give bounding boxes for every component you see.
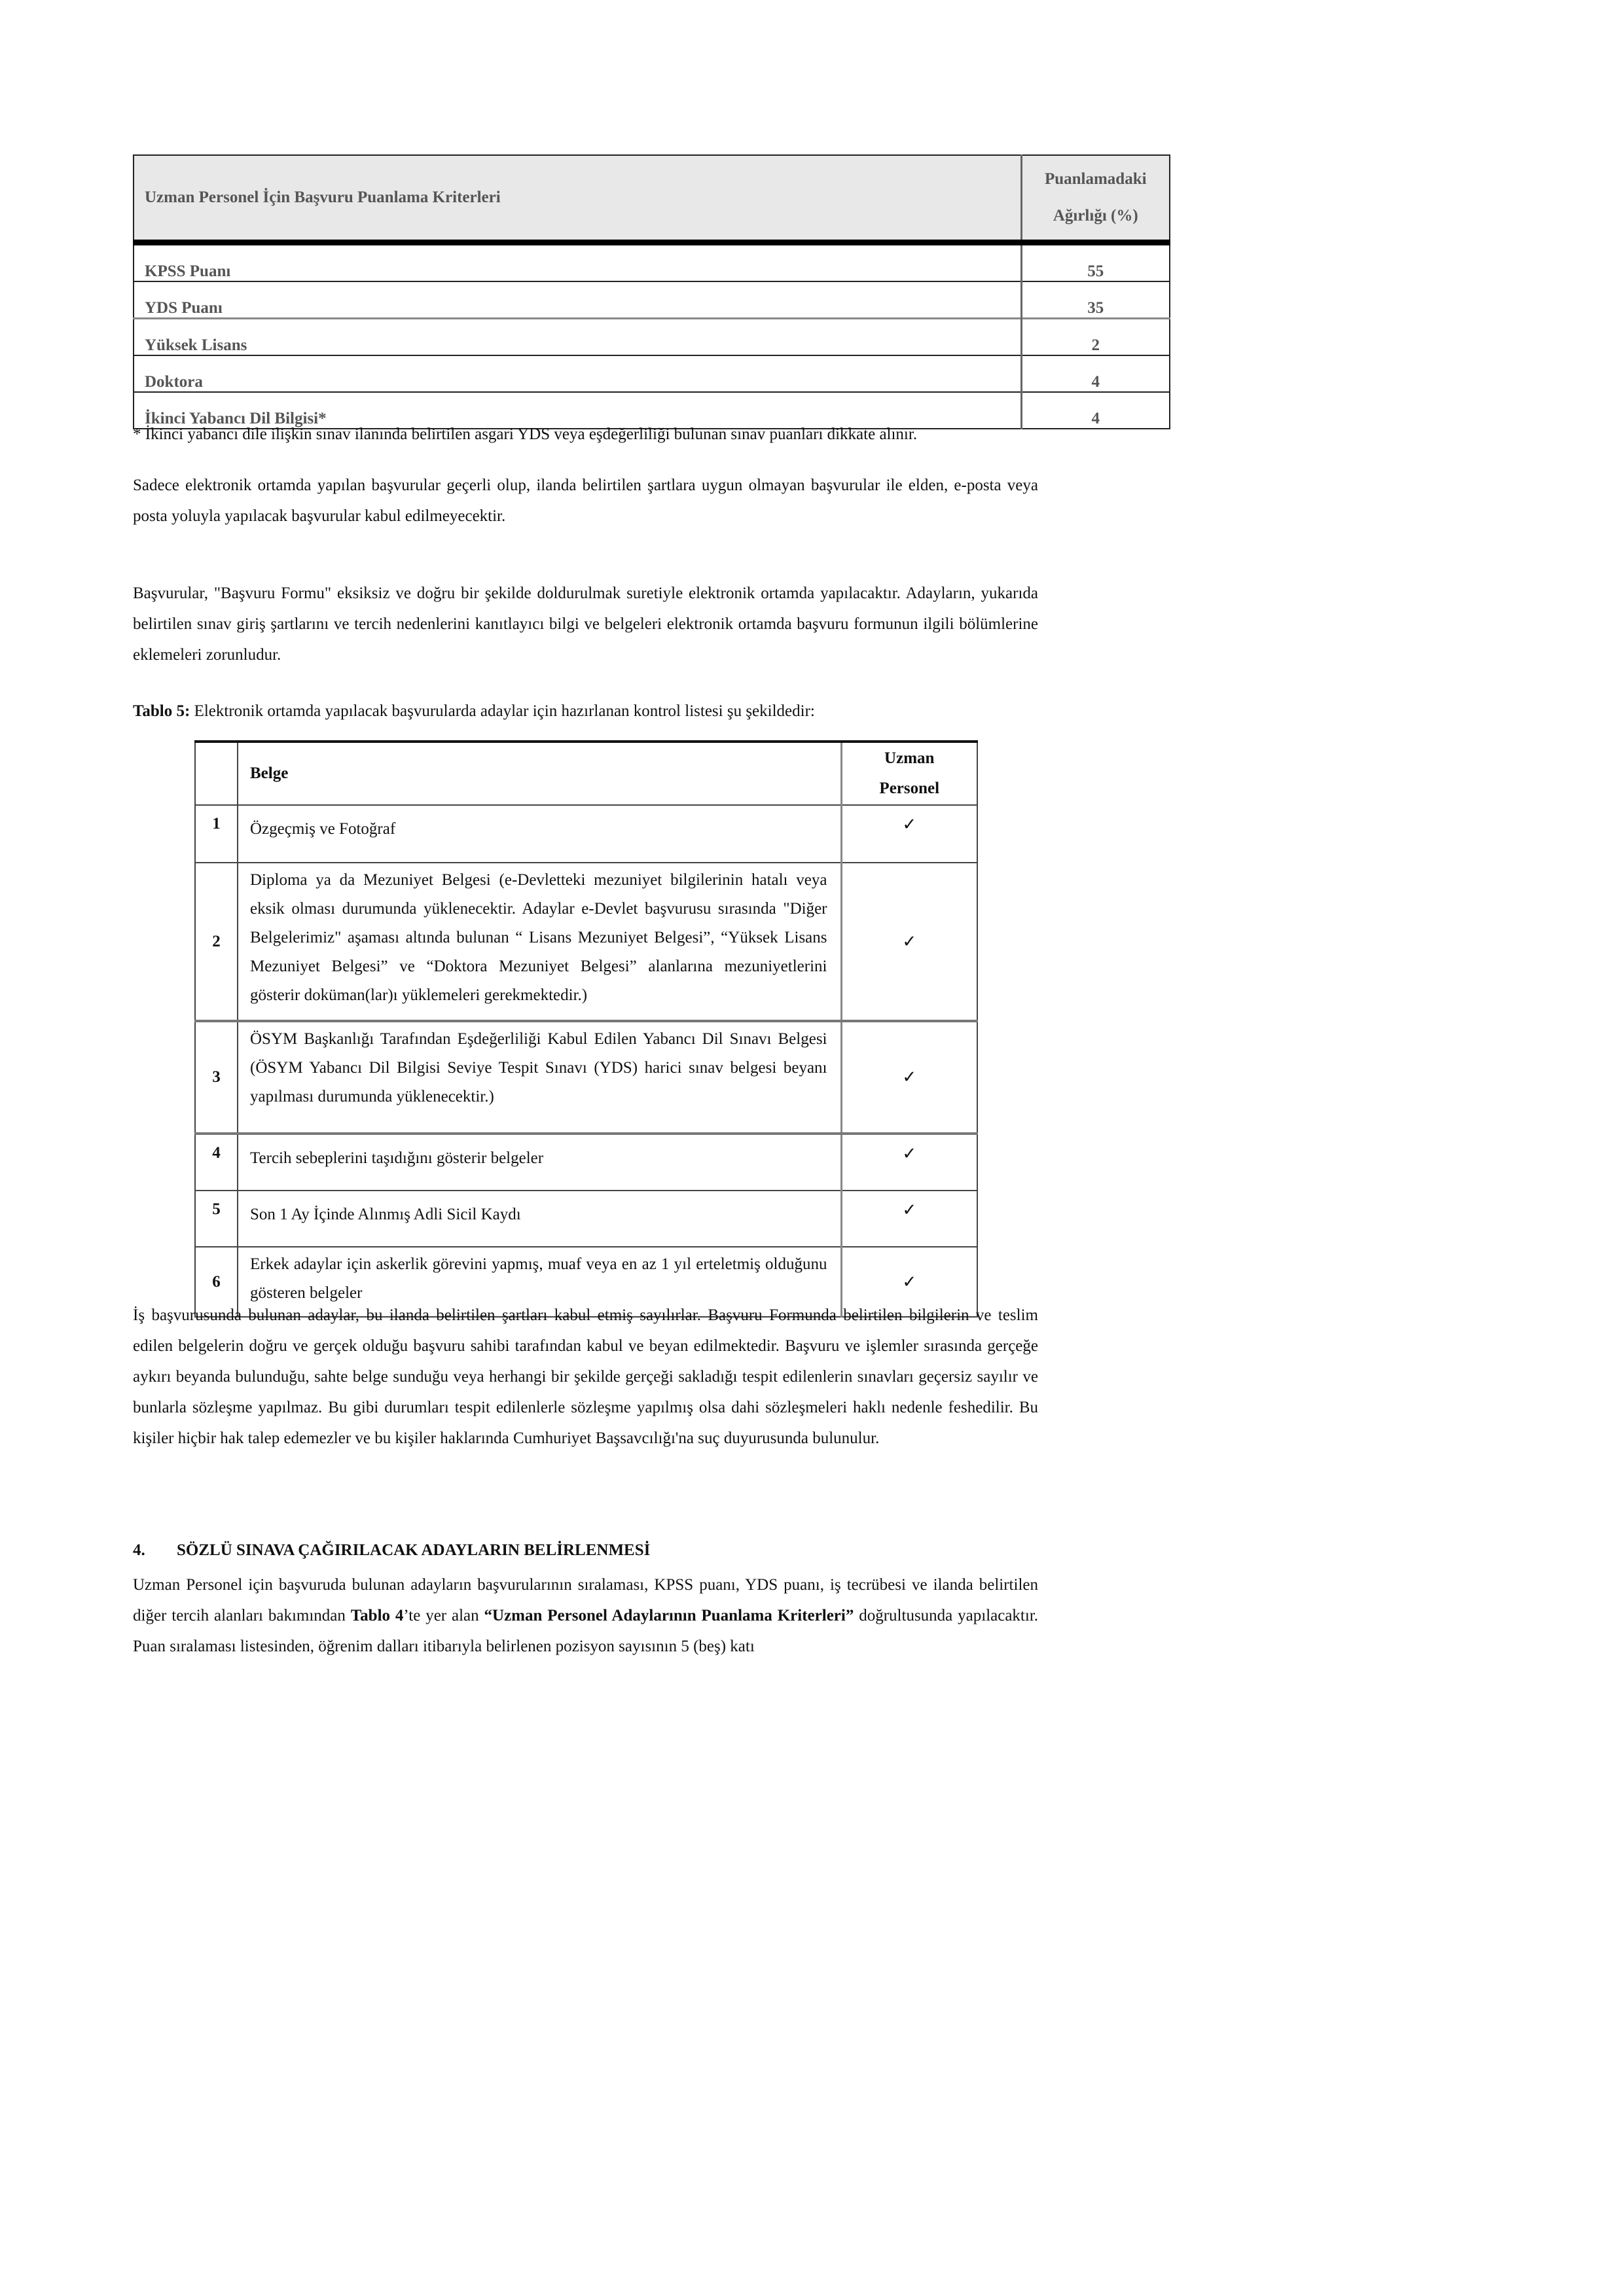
- paragraph-application-form: Başvurular, "Başvuru Formu" eksiksiz ve …: [133, 578, 1038, 670]
- checklist-row: 2Diploma ya da Mezuniyet Belgesi (e-Devl…: [195, 863, 977, 1021]
- scoring-criteria-header-row: Uzman Personel İçin Başvuru Puanlama Kri…: [134, 155, 1170, 243]
- checklist-header-row: Belge Uzman Personel: [195, 742, 977, 805]
- criteria-row: YDS Puanı35: [134, 281, 1170, 319]
- section-body-text: ’te yer alan: [403, 1607, 484, 1624]
- row-number: 1: [195, 805, 238, 863]
- criteria-row: İkinci Yabancı Dil Bilgisi*4: [134, 392, 1170, 429]
- checklist-row: 3ÖSYM Başkanlığı Tarafından Eşdeğerliliğ…: [195, 1021, 977, 1134]
- document-cell: Diploma ya da Mezuniyet Belgesi (e-Devle…: [238, 863, 841, 1021]
- checkmark-icon: ✓: [841, 1191, 977, 1247]
- section-heading: 4.SÖZLÜ SINAVA ÇAĞIRILACAK ADAYLARIN BEL…: [133, 1541, 650, 1560]
- checkmark-icon: ✓: [841, 863, 977, 1021]
- criteria-row: Doktora4: [134, 355, 1170, 392]
- paragraph-applicant-declaration: İş başvurusunda bulunan adaylar, bu ilan…: [133, 1300, 1038, 1454]
- checkmark-icon: ✓: [841, 1021, 977, 1134]
- table4-reference: Tablo 4: [351, 1607, 404, 1624]
- weight-cell: 2: [1021, 319, 1170, 356]
- criterion-cell: YDS Puanı: [134, 281, 1021, 319]
- criterion-cell: KPSS Puanı: [134, 243, 1021, 282]
- paragraph-oral-exam-selection: Uzman Personel için başvuruda bulunan ad…: [133, 1570, 1038, 1662]
- document-cell: Son 1 Ay İçinde Alınmış Adli Sicil Kaydı: [238, 1191, 841, 1247]
- row-number: 5: [195, 1191, 238, 1247]
- checklist-row: 5Son 1 Ay İçinde Alınmış Adli Sicil Kayd…: [195, 1191, 977, 1247]
- table5-caption: Tablo 5: Elektronik ortamda yapılacak ba…: [133, 702, 815, 721]
- row-number: 2: [195, 863, 238, 1021]
- row-number: 4: [195, 1134, 238, 1191]
- row-number: 3: [195, 1021, 238, 1134]
- checklist-row: 4Tercih sebeplerini taşıdığını gösterir …: [195, 1134, 977, 1191]
- weight-column-header: Puanlamadaki Ağırlığı (%): [1021, 155, 1170, 243]
- criterion-cell: İkinci Yabancı Dil Bilgisi*: [134, 392, 1021, 429]
- document-column-header: Belge: [238, 742, 841, 805]
- uzman-personel-column-header: Uzman Personel: [841, 742, 977, 805]
- criterion-cell: Doktora: [134, 355, 1021, 392]
- number-column-header: [195, 742, 238, 805]
- weight-cell: 55: [1021, 243, 1170, 282]
- section-number: 4.: [133, 1541, 177, 1560]
- criteria-row: KPSS Puanı55: [134, 243, 1170, 282]
- document-cell: Tercih sebeplerini taşıdığını gösterir b…: [238, 1134, 841, 1191]
- scoring-footnote: * İkinci yabancı dile ilişkin sınav ilan…: [133, 425, 917, 444]
- criteria-row: Yüksek Lisans2: [134, 319, 1170, 356]
- weight-cell: 35: [1021, 281, 1170, 319]
- paragraph-electronic-only: Sadece elektronik ortamda yapılan başvur…: [133, 470, 1038, 531]
- table5-caption-text: Elektronik ortamda yapılacak başvurulard…: [190, 702, 815, 720]
- uzman-header-line2: Personel: [843, 774, 977, 804]
- criterion-cell: Yüksek Lisans: [134, 319, 1021, 356]
- criteria-reference: “Uzman Personel Adaylarının Puanlama Kri…: [484, 1607, 854, 1624]
- document-cell: ÖSYM Başkanlığı Tarafından Eşdeğerliliği…: [238, 1021, 841, 1134]
- checkmark-icon: ✓: [841, 805, 977, 863]
- criteria-column-header: Uzman Personel İçin Başvuru Puanlama Kri…: [134, 155, 1021, 243]
- document-cell: Özgeçmiş ve Fotoğraf: [238, 805, 841, 863]
- checkmark-icon: ✓: [841, 1134, 977, 1191]
- uzman-header-line1: Uzman: [843, 744, 977, 774]
- weight-cell: 4: [1021, 392, 1170, 429]
- checklist-row: 1Özgeçmiş ve Fotoğraf✓: [195, 805, 977, 863]
- section-title: SÖZLÜ SINAVA ÇAĞIRILACAK ADAYLARIN BELİR…: [177, 1541, 650, 1559]
- weight-cell: 4: [1021, 355, 1170, 392]
- weight-header-line1: Puanlamadaki: [1033, 161, 1159, 198]
- scoring-criteria-table: Uzman Personel İçin Başvuru Puanlama Kri…: [133, 154, 1170, 429]
- table5-caption-label: Tablo 5:: [133, 702, 190, 720]
- weight-header-line2: Ağırlığı (%): [1033, 198, 1159, 234]
- document-checklist-table: Belge Uzman Personel 1Özgeçmiş ve Fotoğr…: [194, 740, 978, 1318]
